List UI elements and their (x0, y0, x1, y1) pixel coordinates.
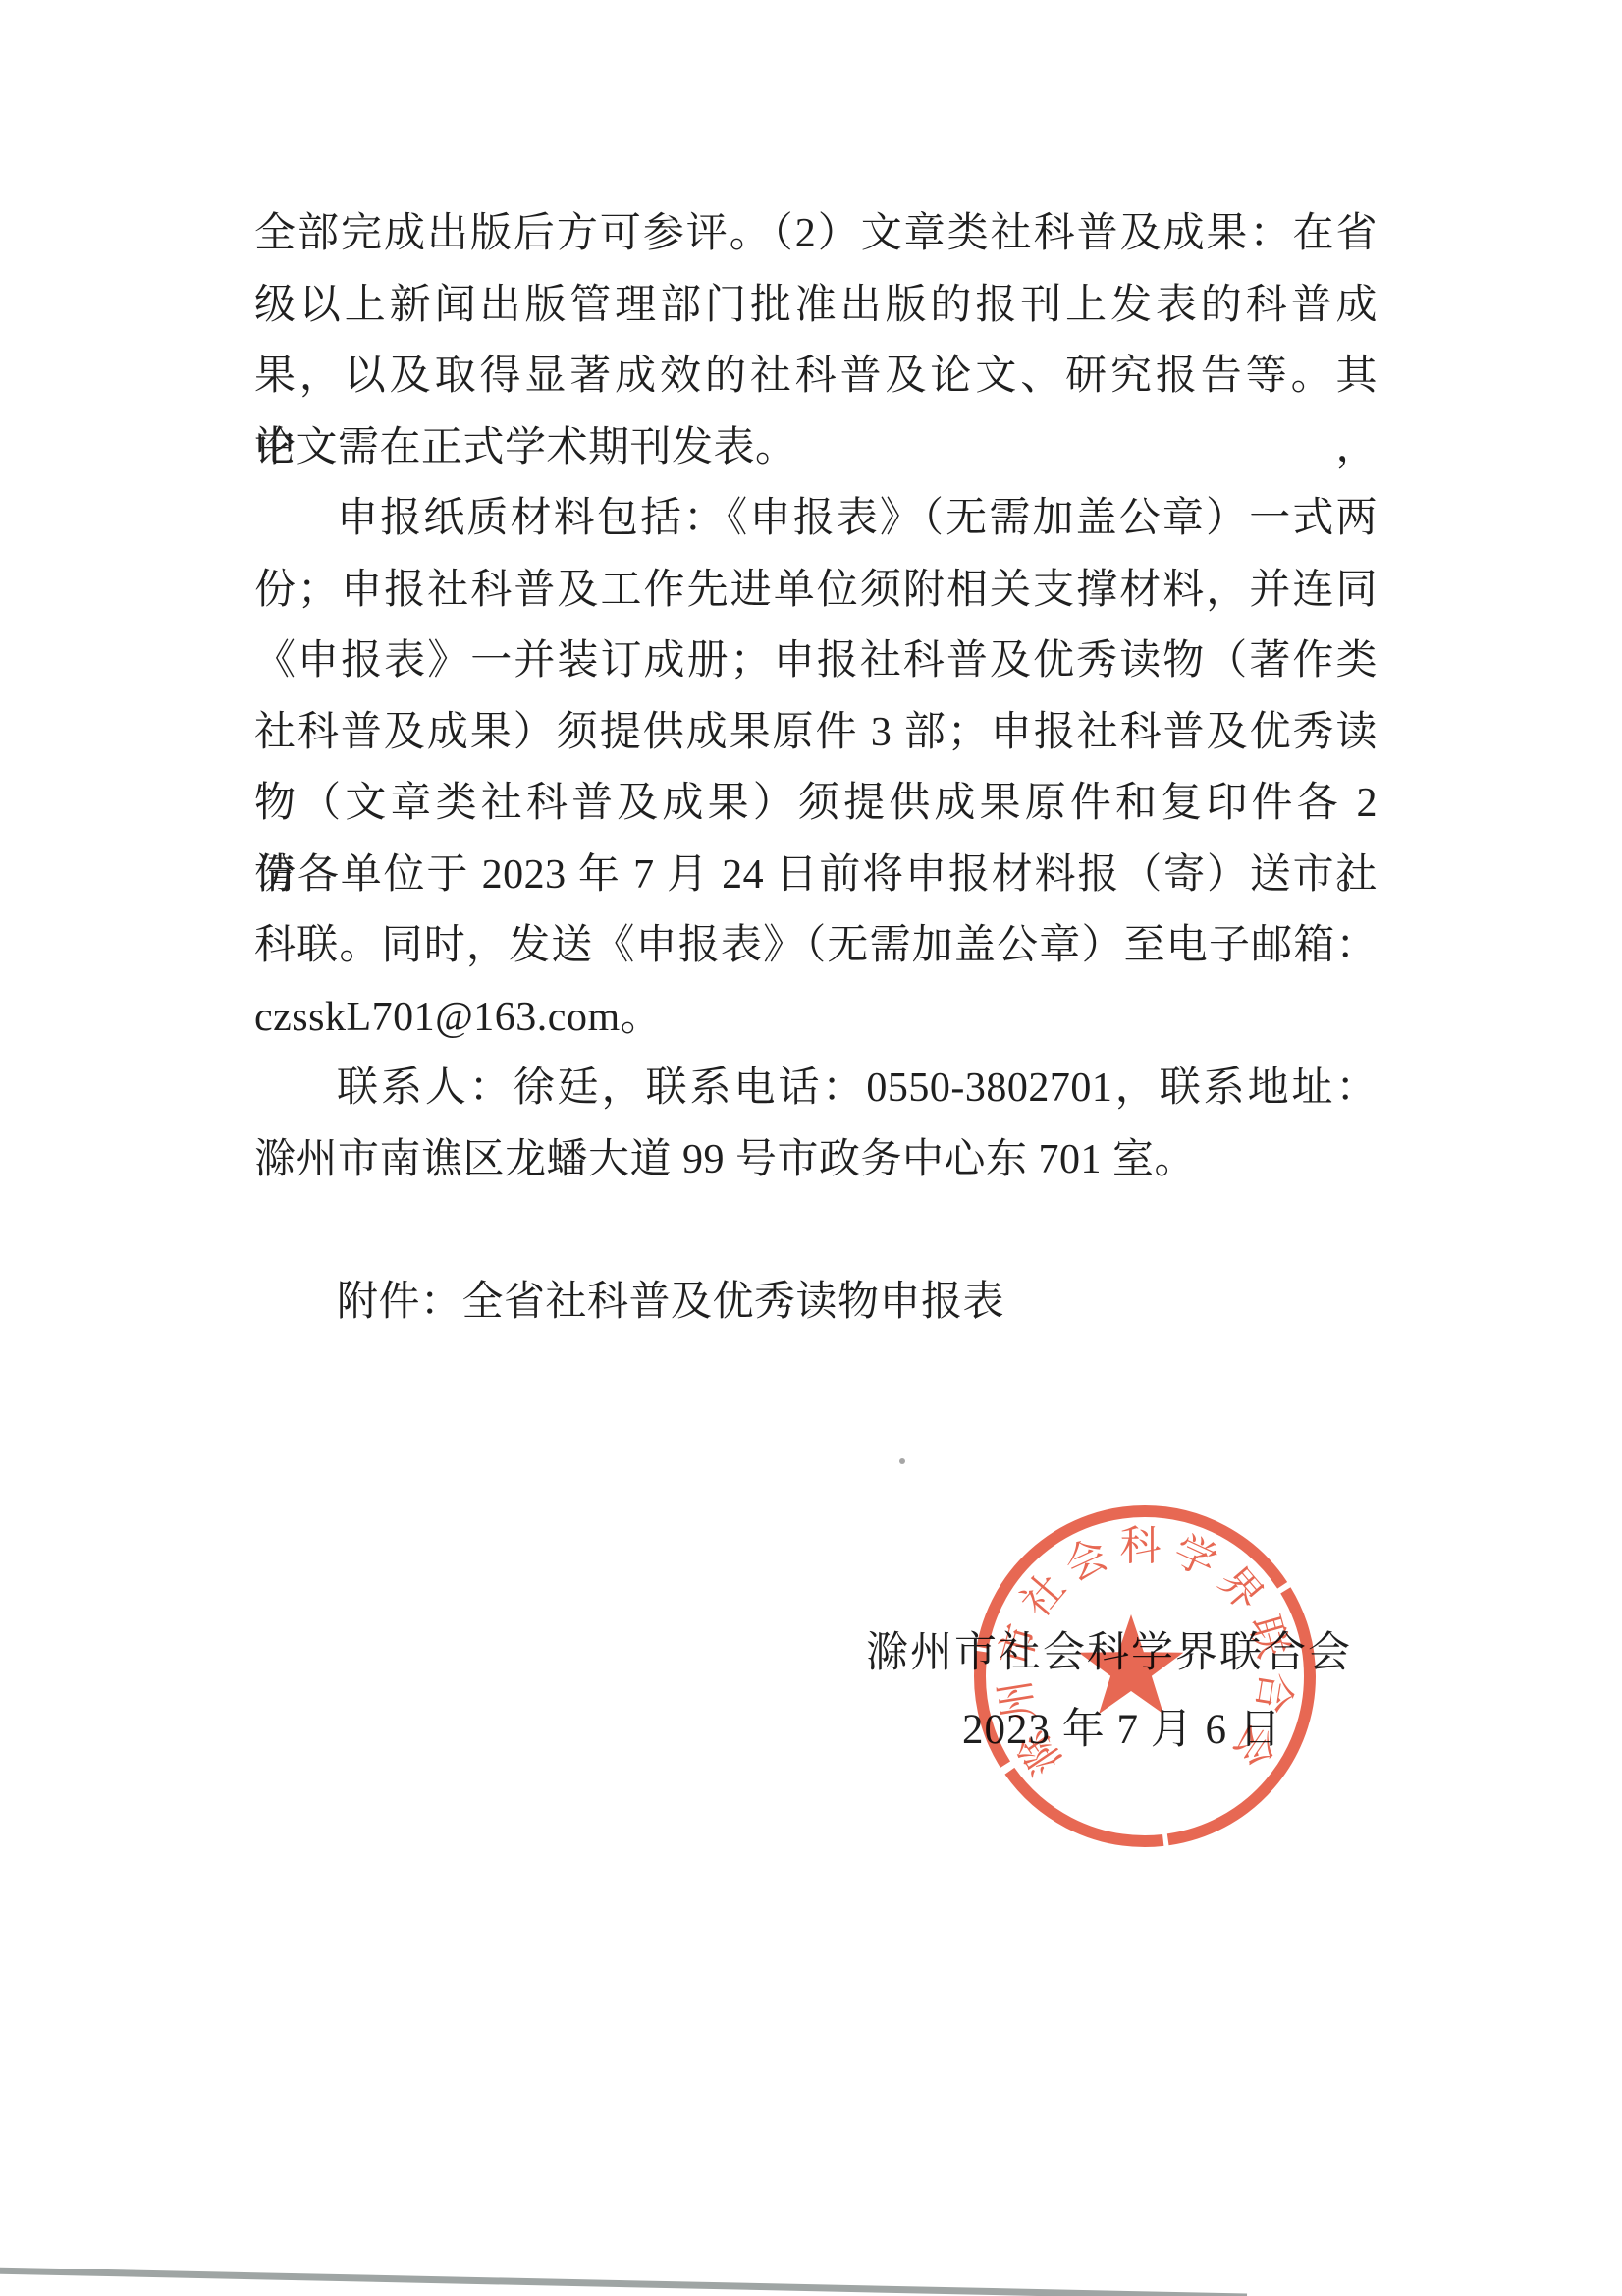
body-line: 科联。同时，发送《申报表》（无需加盖公章）至电子邮箱： (254, 910, 1378, 982)
attachment-line: 附件：全省社科普及优秀读物申报表 (254, 1267, 1378, 1339)
body-line: 联系人：徐廷，联系电话：0550-3802701，联系地址： (254, 1053, 1378, 1124)
scan-edge-line (0, 2270, 1247, 2296)
body-line-email: czsskL701@163.com。 (254, 982, 1378, 1054)
body-line: 请各单位于 2023 年 7 月 24 日前将申报材料报（寄）送市社 (254, 840, 1378, 911)
scan-speck (899, 1458, 905, 1464)
signature-org: 滁州市社会科学界联合会 (866, 1632, 1352, 1674)
signature-date: 2023 年 7 月 6 日 (962, 1709, 1282, 1751)
body-line: 滁州市南谯区龙蟠大道 99 号市政务中心东 701 室。 (254, 1124, 1378, 1196)
body-line: 申报纸质材料包括：《申报表》（无需加盖公章）一式两 (254, 483, 1378, 555)
document-body: 全部完成出版后方可参评。（2）文章类社科普及成果：在省 级以上新闻出版管理部门批… (254, 198, 1378, 1338)
body-line: 份；申报社科普及工作先进单位须附相关支撑材料，并连同 (254, 555, 1378, 627)
document-page: 全部完成出版后方可参评。（2）文章类社科普及成果：在省 级以上新闻出版管理部门批… (0, 0, 1622, 2296)
seal-ring (980, 1511, 1310, 1841)
body-line: 社科普及成果）须提供成果原件 3 部；申报社科普及优秀读 (254, 697, 1378, 769)
body-line: 果，以及取得显著成效的社科普及论文、研究报告等。其中， (254, 341, 1378, 412)
body-line: 全部完成出版后方可参评。（2）文章类社科普及成果：在省 (254, 198, 1378, 270)
body-line: 物（文章类社科普及成果）须提供成果原件和复印件各 2 份。 (254, 768, 1378, 840)
blank-line (254, 1195, 1378, 1267)
body-line: 级以上新闻出版管理部门批准出版的报刊上发表的科普成 (254, 270, 1378, 342)
body-line: 《申报表》一并装订成册；申报社科普及优秀读物（著作类 (254, 626, 1378, 697)
